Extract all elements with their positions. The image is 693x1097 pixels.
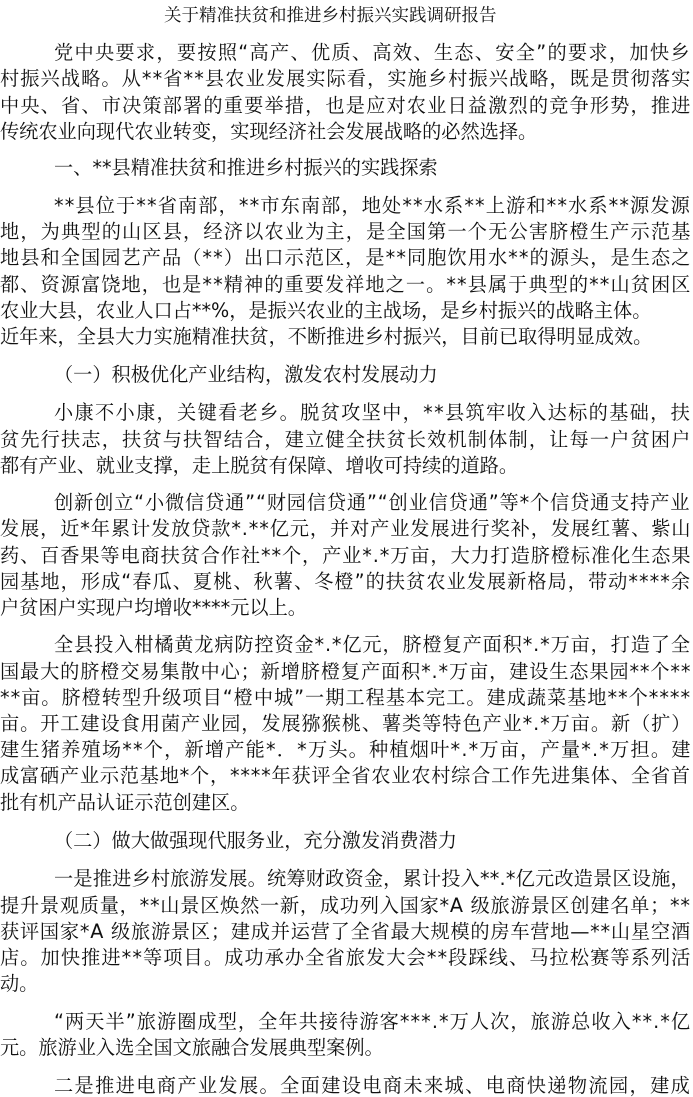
body-text-line: 获评国家*A 级旅游景区；建成并运营了全省最大规模的房车营地—**山星空酒 [0, 919, 691, 945]
body-text-line: 中央、省、市决策部署的重要举措，也是应对农业日益激烈的竞争形势，推进 [0, 93, 692, 119]
body-text-line: 地，为典型的山区县，经济以农业为主，是全国第一个无公害脐橙生产示范基 [0, 219, 692, 245]
body-text-line: 地县和全国园艺产品（**）出口示范区，是**同胞饮用水**的源头，是生态之 [0, 245, 691, 271]
body-text-line: 村振兴战略。从**省**县农业发展实际看，实施乡村振兴战略，既是贯彻落实 [0, 66, 691, 92]
body-text-line: 近年来，全县大力实施精准扶贫，不断推进乡村振兴，目前已取得明显成效。 [0, 324, 652, 350]
body-text-line: 一是推进乡村旅游发展。统筹财政资金，累计投入**.*亿元改造景区设施， [54, 866, 690, 892]
body-text-line: “两天半”旅游圈成型，全年共接待游客***.*万人次，旅游总收入**.*亿 [54, 1009, 691, 1035]
body-text-line: 建生猪养殖场**个，新增产能*．*万头。种植烟叶*.*万亩，产量*.*万担。建 [0, 737, 692, 763]
body-text-line: 都有产业、就业支撑，走上脱贫有保障、增收可持续的道路。 [0, 453, 518, 479]
body-text-line: 小康不小康，关键看老乡。脱贫攻坚中，**县筑牢收入达标的基础，扶 [54, 400, 691, 426]
body-text-line: 店。加快推进**等项目。成功承办全省旅发大会**段踩线、马拉松赛等系列活 [0, 945, 691, 971]
body-text-line: 国最大的脐橙交易集散中心；新增脐橙复产面积*.*万亩，建设生态果园**个** [0, 659, 691, 685]
section-heading: （一）积极优化产业结构，激发农村发展动力 [54, 362, 438, 388]
document-title: 关于精准扶贫和推进乡村振兴实践调研报告 [164, 3, 497, 29]
body-text-line: **亩。脐橙转型升级项目“橙中城”一期工程基本完工。建成蔬菜基地**个**** [0, 685, 691, 711]
body-text-line: 全县投入柑橘黄龙病防控资金*.*亿元，脐橙复产面积*.*万亩，打造了全 [54, 632, 691, 658]
body-text-line: 贫先行扶志，扶贫与扶智结合，建立健全扶贫长效机制体制，让每一户贫困户 [0, 427, 692, 453]
body-text-line: 发展，近*年累计发放贷款*.**亿元，并对产业发展进行奖补，发展红薯、紫山 [0, 516, 691, 542]
body-text-line: 成富硒产业示范基地*个，****年获评全省农业农村综合工作先进集体、全省首 [0, 763, 691, 789]
body-text-line: 提升景观质量，**山景区焕然一新，成功列入国家*A 级旅游景区创建名单；** [0, 893, 691, 919]
body-text-line: 二是推进电商产业发展。全面建设电商未来城、电商快递物流园，建成 [54, 1073, 691, 1097]
body-text-line: 都、资源富饶地，也是**精神的重要发祥地之一。**县属于典型的**山贫困区 [0, 272, 691, 298]
body-text-line: 创新创立“小微信贷通”“财园信贷通”“创业信贷通”等*个信贷通支持产业 [54, 490, 690, 516]
body-text-line: 户贫困户实现户均增收****元以上。 [0, 595, 307, 621]
body-text-line: 农业大县，农业人口占**%，是振兴农业的主战场，是乡村振兴的战略主体。 [0, 298, 651, 324]
body-text-line: 药、百香果等电商扶贫合作社**个，产业*.*万亩，大力打造脐橙标准化生态果 [0, 543, 691, 569]
body-text-line: 批有机产品认证示范创建区。 [0, 790, 249, 816]
body-text-line: 亩。开工建设食用菌产业园，发展猕猴桃、薯类等特色产业*.*万亩。新（扩） [0, 711, 691, 737]
section-heading: （二）做大做强现代服务业，充分激发消费潜力 [54, 828, 457, 854]
body-text-line: 园基地，形成“春瓜、夏桃、秋薯、冬橙”的扶贫农业发展新格局，带动****余 [0, 569, 691, 595]
body-text-line: **县位于**省南部，**市东南部，地处**水系**上游和**水系**源发源 [54, 193, 691, 219]
body-text-line: 元。旅游业入选全国文旅融合发展典型案例。 [0, 1035, 384, 1061]
body-text-line: 党中央要求，要按照“高产、优质、高效、生态、安全”的要求，加快乡 [54, 40, 691, 66]
body-text-line: 动。 [0, 971, 38, 997]
body-text-line: 传统农业向现代农业转变，实现经济社会发展战略的必然选择。 [0, 119, 537, 145]
section-heading: 一、**县精准扶贫和推进乡村振兴的实践探索 [54, 155, 438, 181]
